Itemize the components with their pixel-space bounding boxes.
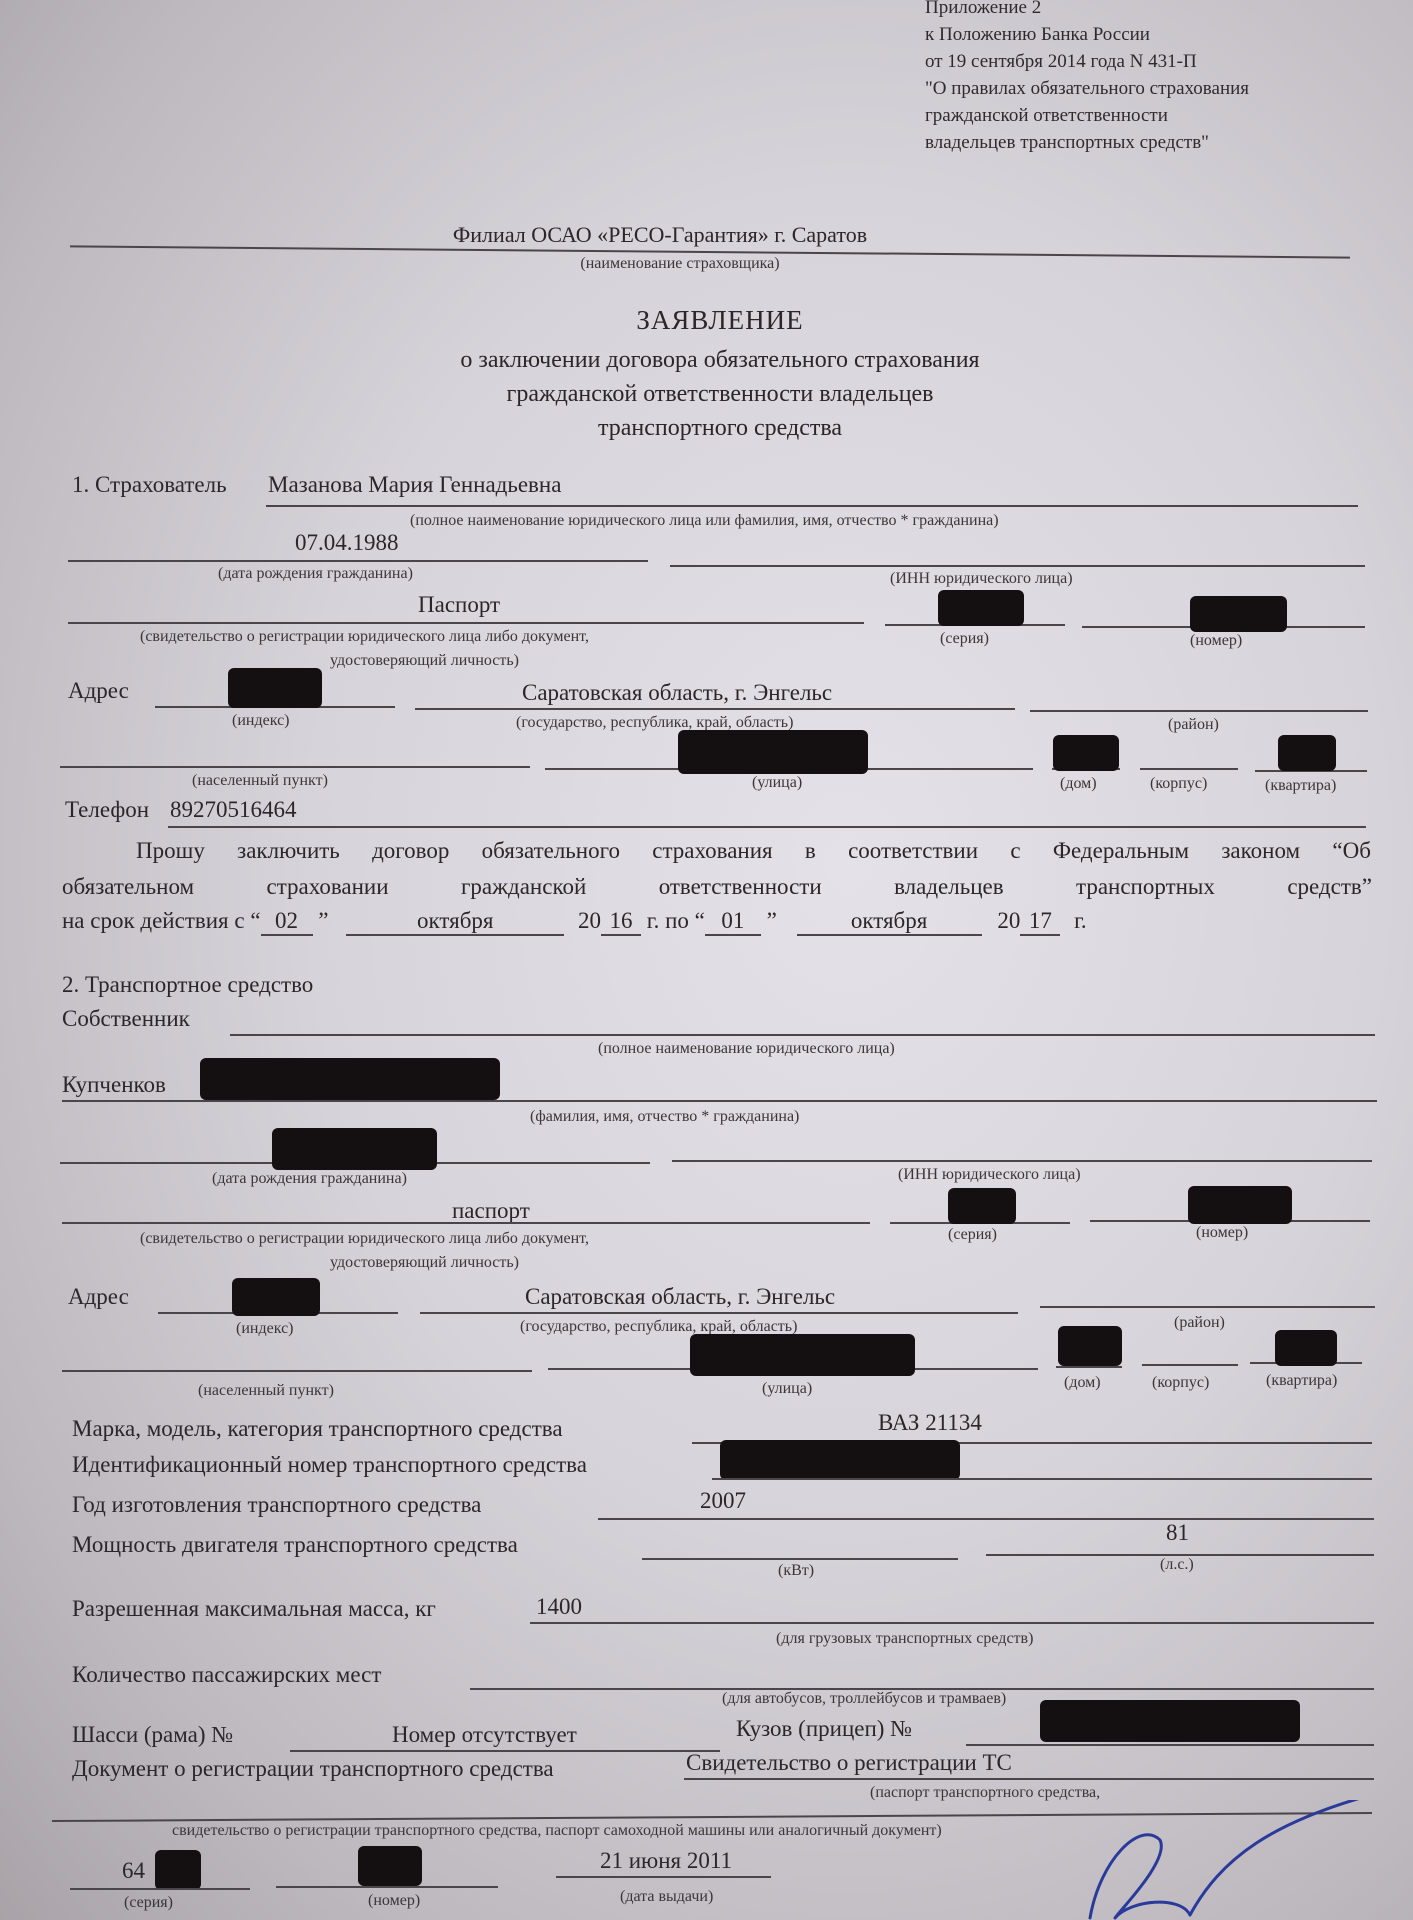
redacted-vin [720, 1440, 960, 1480]
vin-underline [712, 1478, 1372, 1480]
owner-doc-caption-2: удостоверяющий личность) [330, 1254, 519, 1272]
term-prefix: на срок действия с “ [62, 908, 261, 933]
name-underline [266, 505, 1358, 507]
owner-series-caption: (серия) [948, 1226, 997, 1244]
body-underline [966, 1744, 1374, 1746]
owner-locality-caption: (населенный пункт) [198, 1382, 334, 1400]
appendix-line: "О правилах обязательного страхования [925, 75, 1249, 102]
seats-caption: (для автобусов, троллейбусов и трамваев) [722, 1690, 1006, 1708]
owner-address-region[interactable]: Саратовская область, г. Энгельс [525, 1284, 835, 1310]
owner-number-caption: (номер) [1196, 1224, 1248, 1242]
name-caption: (полное наименование юридического лица и… [410, 512, 999, 530]
regdoc-number-underline [276, 1886, 498, 1888]
document-subtitle: о заключении договора обязательного стра… [340, 343, 1100, 445]
doc-caption: (свидетельство о регистрации юридическог… [140, 628, 589, 646]
appendix-line: от 19 сентября 2014 года N 431-П [925, 48, 1249, 75]
year-value[interactable]: 2007 [700, 1488, 746, 1514]
address-label: Адрес [68, 678, 129, 704]
vin-label: Идентификационный номер транспортного ср… [72, 1452, 587, 1478]
vehicle-model-label: Марка, модель, категория транспортного с… [72, 1416, 563, 1442]
redacted-house [1053, 735, 1119, 771]
to-month[interactable]: октября [797, 908, 982, 936]
regdoc-underline [684, 1778, 1374, 1780]
redacted-owner-series [948, 1188, 1016, 1224]
signature-scribble [1020, 1800, 1413, 1920]
appendix-line: к Положению Банка России [925, 21, 1249, 48]
phone-value[interactable]: 89270516464 [170, 797, 297, 823]
mass-label: Разрешенная максимальная масса, кг [72, 1596, 436, 1622]
insurer-name: Филиал ОСАО «РЕСО-Гарантия» г. Саратов [300, 222, 1020, 248]
district-underline [1030, 710, 1368, 712]
redacted-number [1190, 596, 1287, 632]
owner-house-underline [1056, 1366, 1122, 1368]
district-caption: (район) [1168, 716, 1219, 734]
issue-caption: (дата выдачи) [620, 1888, 713, 1906]
owner-street-caption: (улица) [762, 1380, 812, 1398]
owner-legal-underline [230, 1034, 1375, 1036]
locality-underline [60, 766, 530, 768]
year-label: Год изготовления транспортного средства [72, 1492, 481, 1518]
owner-inn-underline [672, 1160, 1372, 1162]
redacted-owner-street [690, 1334, 915, 1376]
owner-surname[interactable]: Купченков [62, 1072, 166, 1098]
birth-underline [68, 560, 648, 562]
owner-apartment-caption: (квартира) [1266, 1372, 1337, 1390]
regdoc-series-underline [70, 1888, 250, 1890]
address-region[interactable]: Саратовская область, г. Энгельс [522, 680, 832, 706]
owner-inn-caption: (ИНН юридического лица) [898, 1166, 1081, 1184]
owner-doc-underline [62, 1222, 870, 1224]
subtitle-line: транспортного средства [340, 411, 1100, 445]
vehicle-model-value[interactable]: ВАЗ 21134 [878, 1410, 982, 1436]
year-prefix: 20 [578, 908, 601, 933]
redacted-apartment [1278, 735, 1336, 771]
request-line-1: Прошузаключитьдоговоробязательногострахо… [136, 838, 1371, 864]
redacted-regdoc-series [155, 1850, 201, 1890]
regdoc-value[interactable]: Свидетельство о регистрации ТС [686, 1750, 1012, 1776]
owner-label: Собственник [62, 1006, 190, 1032]
appendix-note: Приложение 2 к Положению Банка России от… [925, 0, 1249, 156]
series-caption: (серия) [940, 630, 989, 648]
region-underline [415, 708, 1015, 710]
redacted-owner-name [200, 1058, 500, 1100]
owner-address-label: Адрес [68, 1284, 129, 1310]
quote-close: ” [767, 908, 777, 933]
redacted-street [678, 730, 868, 774]
redacted-series [938, 590, 1024, 626]
building-caption: (корпус) [1150, 775, 1207, 793]
owner-building-underline [1142, 1364, 1238, 1366]
to-text: г. по “ [647, 908, 705, 933]
hp-value[interactable]: 81 [1166, 1520, 1189, 1546]
chassis-underline [290, 1750, 720, 1752]
kw-caption: (кВт) [778, 1562, 814, 1580]
body-label: Кузов (прицеп) № [736, 1716, 912, 1742]
house-caption: (дом) [1060, 775, 1097, 793]
owner-locality-underline [62, 1370, 532, 1372]
regdoc-label: Документ о регистрации транспортного сре… [72, 1756, 554, 1782]
owner-doc-caption: (свидетельство о регистрации юридическог… [140, 1230, 589, 1248]
to-year[interactable]: 17 [1020, 908, 1060, 936]
street-caption: (улица) [752, 774, 802, 792]
owner-index-caption: (индекс) [236, 1320, 294, 1338]
from-day[interactable]: 02 [261, 908, 313, 936]
year-prefix: 20 [997, 908, 1020, 933]
owner-birth-caption: (дата рождения гражданина) [212, 1170, 407, 1188]
kw-underline [642, 1558, 958, 1560]
number-caption: (номер) [1190, 632, 1242, 650]
from-year[interactable]: 16 [601, 908, 641, 936]
insurer-caption: (наименование страховщика) [480, 255, 880, 273]
chassis-value[interactable]: Номер отсутствует [392, 1722, 577, 1748]
mass-value[interactable]: 1400 [536, 1594, 582, 1620]
redacted-owner-index [232, 1278, 320, 1316]
appendix-line: гражданской ответственности [925, 102, 1249, 129]
to-day[interactable]: 01 [705, 908, 761, 936]
section1-label: 1. Страхователь [72, 472, 227, 498]
owner-doc-type[interactable]: паспорт [452, 1198, 530, 1224]
owner-legal-caption: (полное наименование юридического лица) [598, 1040, 895, 1058]
owner-region-underline [420, 1312, 1018, 1314]
redacted-owner-number [1188, 1186, 1292, 1224]
owner-house-caption: (дом) [1064, 1374, 1101, 1392]
regdoc-series[interactable]: 64 [122, 1858, 145, 1884]
owner-district-underline [1040, 1306, 1375, 1308]
owner-fio-caption: (фамилия, имя, отчество * гражданина) [530, 1108, 799, 1126]
redacted-owner-apartment [1275, 1330, 1337, 1366]
mass-caption: (для грузовых транспортных средств) [776, 1630, 1033, 1648]
policyholder-name[interactable]: Мазанова Мария Геннадьевна [268, 472, 561, 498]
subtitle-line: о заключении договора обязательного стра… [340, 343, 1100, 377]
birth-caption: (дата рождения гражданина) [218, 565, 413, 583]
redacted-index [228, 668, 322, 708]
term-line: на срок действия с “02 ” октября 2016 г.… [62, 908, 1087, 936]
index-caption: (индекс) [232, 712, 290, 730]
building-underline [1140, 768, 1238, 770]
regdoc-caption-2: свидетельство о регистрации транспортног… [172, 1822, 942, 1840]
phone-underline [168, 826, 1366, 828]
redacted-owner-birth [272, 1128, 437, 1170]
appendix-line: владельцев транспортных средств" [925, 129, 1249, 156]
redacted-regdoc-number [358, 1846, 422, 1886]
redacted-body-number [1040, 1700, 1300, 1742]
policyholder-birth-date[interactable]: 07.04.1988 [295, 530, 399, 556]
request-line-2: обязательномстрахованиигражданскойответс… [62, 874, 1372, 900]
doc-caption-2: удостоверяющий личность) [330, 652, 519, 670]
owner-fio-underline [62, 1100, 1377, 1102]
year-underline [598, 1518, 1374, 1520]
year-suffix: г. [1074, 908, 1087, 933]
inn-underline [670, 565, 1365, 567]
owner-building-caption: (корпус) [1152, 1374, 1209, 1392]
seats-label: Количество пассажирских мест [72, 1662, 381, 1688]
policyholder-doc-type[interactable]: Паспорт [418, 592, 500, 618]
apartment-caption: (квартира) [1265, 777, 1336, 795]
document-title: ЗАЯВЛЕНИЕ [480, 305, 960, 336]
inn-caption: (ИНН юридического лица) [890, 570, 1073, 588]
issue-underline [556, 1876, 771, 1878]
locality-caption: (населенный пункт) [192, 772, 328, 790]
subtitle-line: гражданской ответственности владельцев [340, 377, 1100, 411]
quote-close: ” [318, 908, 328, 933]
regdoc-number-caption: (номер) [368, 1892, 420, 1910]
power-label: Мощность двигателя транспортного средств… [72, 1532, 518, 1558]
owner-district-caption: (район) [1174, 1314, 1225, 1332]
section2-label: 2. Транспортное средство [62, 972, 313, 998]
appendix-line: Приложение 2 [925, 0, 1249, 21]
issue-date[interactable]: 21 июня 2011 [600, 1848, 732, 1874]
regdoc-series-caption: (серия) [124, 1894, 173, 1912]
redacted-owner-house [1058, 1326, 1122, 1366]
phone-label: Телефон [65, 797, 149, 823]
hp-caption: (л.с.) [1160, 1556, 1194, 1574]
chassis-label: Шасси (рама) № [72, 1722, 233, 1748]
from-month[interactable]: октября [346, 908, 564, 936]
mass-underline [530, 1622, 1374, 1624]
doc-underline [68, 622, 864, 624]
